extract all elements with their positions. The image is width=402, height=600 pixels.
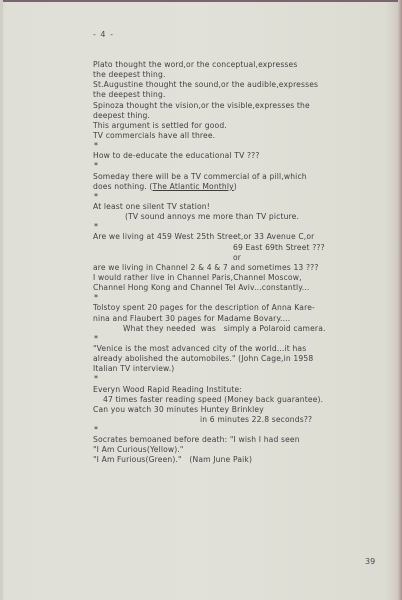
- text-line: Plato thought the word,or the conceptual…: [93, 60, 383, 70]
- section-number-header: - 4 -: [93, 30, 114, 39]
- asterisk-separator: *: [93, 161, 383, 171]
- text-line: or: [93, 253, 383, 263]
- text-line: in 6 minutes 22.8 seconds??: [93, 415, 383, 425]
- document-page: - 4 - Plato thought the word,or the conc…: [0, 0, 402, 600]
- text-line: St.Augustine thought the sound,or the au…: [93, 80, 383, 90]
- text-line: are we living in Channel 2 & 4 & 7 and s…: [93, 263, 383, 273]
- text-line: Tolstoy spent 20 pages for the descripti…: [93, 303, 383, 313]
- text-line: How to de-educate the educational TV ???: [93, 151, 383, 161]
- text-line: nina and Flaubert 30 pages for Madame Bo…: [93, 314, 383, 324]
- text-line: (TV sound annoys me more than TV picture…: [93, 212, 383, 222]
- text-line: Channel Hong Kong and Channel Tel Aviv..…: [93, 283, 383, 293]
- page-right-edge: [398, 0, 402, 600]
- text-line: 47 times faster reading speed (Money bac…: [93, 395, 383, 405]
- text-line: "I Am Furious(Green)." (Nam June Paik): [93, 455, 383, 465]
- text-line: What they needed was simply a Polaroid c…: [93, 324, 383, 334]
- text-line: "I Am Curious(Yellow).": [93, 445, 383, 455]
- asterisk-separator: *: [93, 293, 383, 303]
- text-line: Spinoza thought the vision,or the visibl…: [93, 101, 383, 111]
- asterisk-separator: *: [93, 374, 383, 384]
- page-left-edge: [0, 0, 3, 600]
- text-line: At least one silent TV station!: [93, 202, 383, 212]
- asterisk-separator: *: [93, 334, 383, 344]
- text-fragment: ): [234, 182, 237, 191]
- asterisk-separator: *: [93, 141, 383, 151]
- text-line: Italian TV interview.): [93, 364, 383, 374]
- text-line: the deepest thing.: [93, 90, 383, 100]
- citation-atlantic-monthly: The Atlantic Monthly: [153, 182, 234, 191]
- text-line: 69 East 69th Street ???: [93, 243, 383, 253]
- text-line: already abolished the automobiles." (Joh…: [93, 354, 383, 364]
- text-line: Are we living at 459 West 25th Street,or…: [93, 232, 383, 242]
- page-top-edge: [0, 0, 402, 2]
- text-line: does nothing. (The Atlantic Monthly): [93, 182, 383, 192]
- text-fragment: does nothing. (: [93, 182, 153, 191]
- text-line: the deepest thing.: [93, 70, 383, 80]
- text-line: Can you watch 30 minutes Huntey Brinkley: [93, 405, 383, 415]
- typewritten-text-body: Plato thought the word,or the conceptual…: [93, 60, 383, 466]
- asterisk-separator: *: [93, 192, 383, 202]
- text-line: deepest thing.: [93, 111, 383, 121]
- text-line: "Venice is the most advanced city of the…: [93, 344, 383, 354]
- text-line: I would rather live in Channel Paris,Cha…: [93, 273, 383, 283]
- text-line: This argument is settled for good.: [93, 121, 383, 131]
- asterisk-separator: *: [93, 425, 383, 435]
- asterisk-separator: *: [93, 222, 383, 232]
- page-number: 39: [365, 557, 375, 566]
- text-line: Socrates bemoaned before death: "I wish …: [93, 435, 383, 445]
- text-line: Someday there will be a TV commercial of…: [93, 172, 383, 182]
- text-line: Everyn Wood Rapid Reading Institute:: [93, 385, 383, 395]
- text-line: TV commercials have all three.: [93, 131, 383, 141]
